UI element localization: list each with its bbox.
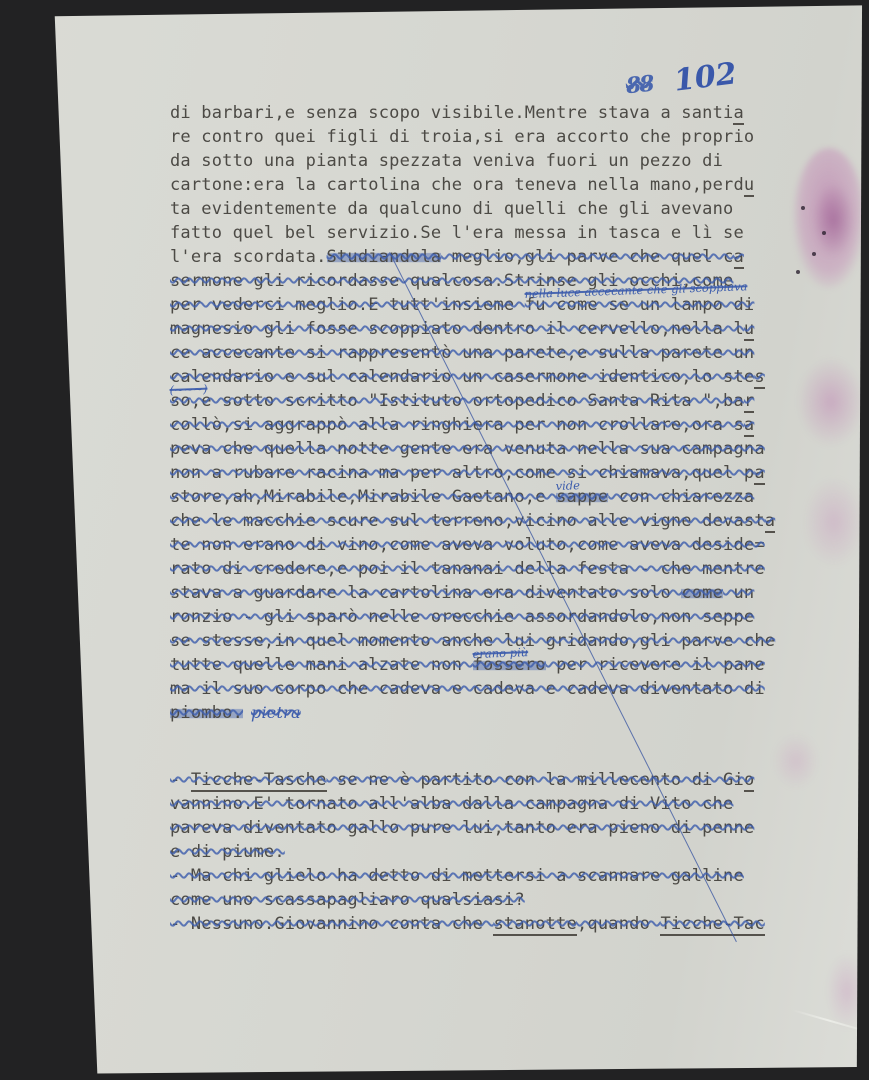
- typed-segment: Ticche-Tasche: [191, 770, 327, 792]
- typed-segment: re contro quei figli di troia,si era acc…: [170, 127, 754, 147]
- typed-line: pareva diventato gallo pure lui,tanto er…: [170, 816, 790, 840]
- ink-stain: [826, 952, 868, 1030]
- struck-typed-text: u: [744, 319, 754, 339]
- typed-segment: l'era scordata.: [170, 247, 327, 267]
- typed-segment: -: [170, 770, 191, 790]
- struck-typed-text: magnesio gli fosse scoppiato dentro il c…: [170, 319, 744, 339]
- struck-typed-text: per ricevere il pane: [546, 655, 765, 675]
- typed-segment: a: [744, 415, 754, 437]
- typed-line: come uno scassapagliaro qualsiasi?: [170, 888, 790, 912]
- struck-typed-text: ronzio - gli sparò nelle orecchie assord…: [170, 607, 754, 627]
- typed-text: re contro quei figli di troia,si era acc…: [170, 127, 754, 147]
- typed-line: te non erano di vino,come aveva voluto,c…: [170, 533, 790, 557]
- typed-text: ta evidentemente da qualcuno di quelli c…: [170, 199, 733, 219]
- struck-typed-text: ,quando: [577, 914, 660, 934]
- struck-typed-text: Studiandola: [327, 247, 442, 267]
- typed-text: l'era scordata.: [170, 247, 327, 267]
- struck-typed-text: a: [765, 511, 775, 531]
- typed-line: non a rubare racina ma per altro,come si…: [170, 461, 790, 485]
- typed-segment: a: [734, 247, 744, 269]
- struck-typed-text: Ticche-Tac: [660, 914, 764, 934]
- struck-typed-text: non a rubare racina ma per altro,come si…: [170, 463, 754, 483]
- typed-line: e di piume.: [170, 840, 790, 864]
- typed-segment: stava a guardare la cartolina era divent…: [170, 583, 681, 603]
- typed-line: ronzio - gli sparò nelle orecchie assord…: [170, 605, 790, 629]
- struck-typed-text: ma il suo corpo che cadeva e cadeva e ca…: [170, 679, 765, 699]
- typed-segment: r: [744, 391, 754, 413]
- struck-typed-text: vannino.E' tornato all'alba dalla campag…: [170, 794, 733, 814]
- typed-line: ma il suo corpo che cadeva e cadeva e ca…: [170, 677, 790, 701]
- typed-text: fatto quel bel servizio.Se l'era messa i…: [170, 223, 744, 243]
- struck-typed-text: so(~~~): [170, 391, 191, 411]
- struck-typed-text: e di piume.: [170, 842, 285, 862]
- struck-typed-text: con chiarezza: [608, 487, 754, 507]
- typed-segment: - Nessuno.Giovannino conta che: [170, 914, 493, 934]
- typed-line: fatto quel bel servizio.Se l'era messa i…: [170, 221, 790, 245]
- struck-typed-text: s: [754, 367, 764, 387]
- typed-line: peva che quella notte gente era venuta n…: [170, 437, 790, 461]
- typed-segment: store,ah,Mirabile,Mirabile Gaetano,e: [170, 487, 556, 507]
- struck-typed-text: a: [744, 415, 754, 435]
- typed-segment: di barbari,e senza scopo visibile.Mentre…: [170, 103, 733, 123]
- typed-segment: ronzio - gli sparò nelle orecchie assord…: [170, 607, 754, 627]
- struck-typed-text: Ticche-Tasche: [191, 770, 327, 790]
- struck-typed-text: -: [170, 770, 191, 790]
- typed-segment: s: [754, 367, 764, 389]
- struck-typed-text: sappevide: [556, 487, 608, 507]
- typed-segment: se ne è partito con la millecento di Gi: [327, 770, 744, 790]
- struck-typed-text: come: [681, 583, 723, 603]
- typed-segment: Studiandola: [327, 247, 442, 267]
- typed-text: da sotto una pianta spezzata veniva fuor…: [170, 151, 723, 171]
- typed-segment: te non erano di vino,come aveva voluto,c…: [170, 535, 765, 555]
- struck-typed-text: calendario e sul calendario un casermone…: [170, 367, 754, 387]
- typed-segment: con chiarezza: [608, 487, 754, 507]
- typed-line: per vederci meglio.E tutt'insieme fu com…: [170, 293, 790, 317]
- ink-stain: [798, 358, 864, 446]
- typed-line: - Ma chi glielo ha detto di mettersi a s…: [170, 864, 790, 888]
- typed-segment: vannino.E' tornato all'alba dalla campag…: [170, 794, 733, 814]
- struck-typed-text: - Ma chi glielo ha detto di mettersi a s…: [170, 866, 744, 886]
- typed-segment: ma il suo corpo che cadeva e cadeva e ca…: [170, 679, 765, 699]
- typed-line: magnesio gli fosse scoppiato dentro il c…: [170, 317, 790, 341]
- typed-segment: ta evidentemente da qualcuno di quelli c…: [170, 199, 733, 219]
- handwritten-note: vide: [555, 473, 580, 498]
- struck-typed-text: peva che quella notte gente era venuta n…: [170, 439, 765, 459]
- struck-typed-text: o: [744, 770, 754, 790]
- ink-speck: [812, 252, 816, 256]
- handwritten-note: erano più: [472, 640, 528, 666]
- typed-line: tutte quelle mani alzate non fosseroeran…: [170, 653, 790, 677]
- typed-line: che le macchie scure sul terreno,vicino …: [170, 509, 790, 533]
- typed-line: piombo.pietra: [170, 701, 790, 725]
- struck-typed-text: rato di credere,e poi il tananai della f…: [170, 559, 765, 579]
- typed-segment: peva che quella notte gente era venuta n…: [170, 439, 765, 459]
- typed-line: store,ah,Mirabile,Mirabile Gaetano,e sap…: [170, 485, 790, 509]
- struck-typed-text: a: [734, 247, 744, 267]
- struck-typed-text: te non erano di vino,come aveva voluto,c…: [170, 535, 765, 555]
- typed-segment: u: [744, 175, 754, 197]
- typed-segment: pareva diventato gallo pure lui,tanto er…: [170, 818, 754, 838]
- handwritten-page-number: 102: [672, 56, 738, 98]
- typed-line: l'era scordata.Studiandola meglio,gli pa…: [170, 245, 790, 269]
- struck-typed-text: stanotte: [493, 914, 576, 934]
- typed-line: ce accecante si rappresentò una parete,e…: [170, 341, 790, 365]
- typed-segment: magnesio gli fosse scoppiato dentro il c…: [170, 319, 744, 339]
- typed-text: u: [744, 175, 754, 195]
- struck-typed-text: ce accecante si rappresentò una parete,e…: [170, 343, 754, 363]
- struck-typed-text: r: [744, 391, 754, 411]
- struck-typed-text: che le macchie scure sul terreno,vicino …: [170, 511, 765, 531]
- ink-speck: [822, 231, 826, 235]
- struck-typed-text: store,ah,Mirabile,Mirabile Gaetano,e: [170, 487, 556, 507]
- typed-segment: Ticche-Tac: [660, 914, 764, 936]
- typed-segment: a: [733, 103, 743, 125]
- typed-segment: ce accecante si rappresentò una parete,e…: [170, 343, 754, 363]
- struck-typed-text: stava a guardare la cartolina era divent…: [170, 583, 681, 603]
- typed-segment: a: [754, 463, 764, 485]
- typed-line: cartone:era la cartolina che ora teneva …: [170, 173, 790, 197]
- typed-line: rato di credere,e poi il tananai della f…: [170, 557, 790, 581]
- typed-segment: rato di credere,e poi il tananai della f…: [170, 559, 765, 579]
- struck-typed-text: se ne è partito con la millecento di Gi: [327, 770, 744, 790]
- typed-segment: meglio,gli parve che quel c: [441, 247, 733, 267]
- typed-segment: stanotte: [493, 914, 576, 936]
- struck-typed-text: tutte quelle mani alzate non: [170, 655, 473, 675]
- struck-typed-text: un: [723, 583, 754, 603]
- typed-segment: come: [681, 583, 723, 603]
- typed-line: re contro quei figli di troia,si era acc…: [170, 125, 790, 149]
- typed-line: vannino.E' tornato all'alba dalla campag…: [170, 792, 790, 816]
- typed-segment: - Ma chi glielo ha detto di mettersi a s…: [170, 866, 744, 886]
- typed-line: so(~~~),e sotto scritto "Istituto ortope…: [170, 389, 790, 413]
- typed-line: - Nessuno.Giovannino conta che stanotte,…: [170, 912, 790, 936]
- typed-segment: cartone:era la cartolina che ora teneva …: [170, 175, 744, 195]
- typed-line: stava a guardare la cartolina era divent…: [170, 581, 790, 605]
- struck-typed-text: piombo.: [170, 703, 243, 723]
- struck-typed-text: meglio,gli parve che quel c: [441, 247, 733, 267]
- struck-typed-text: per vederci meglio.E tutt'insieme: [170, 295, 525, 315]
- typed-segment: o: [744, 770, 754, 792]
- manuscript-page: 88 102 di barbari,e senza scopo visibile…: [0, 0, 869, 1080]
- struck-typed-text: - Nessuno.Giovannino conta che: [170, 914, 493, 934]
- typed-segment: che le macchie scure sul terreno,vicino …: [170, 511, 765, 531]
- ink-stain: [813, 183, 855, 257]
- typed-segment: a: [765, 511, 775, 533]
- struck-typed-text: a: [754, 463, 764, 483]
- typed-segment: u: [744, 319, 754, 341]
- typed-line: ta evidentemente da qualcuno di quelli c…: [170, 197, 790, 221]
- typed-segment: ,quando: [577, 914, 660, 934]
- typed-segment: fatto quel bel servizio.Se l'era messa i…: [170, 223, 744, 243]
- typed-segment: un: [723, 583, 754, 603]
- ink-speck: [796, 270, 800, 274]
- typed-segment: per vederci meglio.E tutt'insieme: [170, 295, 525, 315]
- handwritten-word: pietra: [251, 703, 301, 722]
- struck-typed-text: fu come se un lampo dinella luce accecan…: [525, 295, 755, 315]
- struck-typed-text: come uno scassapagliaro qualsiasi?: [170, 890, 525, 910]
- typed-text-block: di barbari,e senza scopo visibile.Mentre…: [170, 101, 790, 936]
- ink-speck: [801, 206, 805, 210]
- typed-segment: collò,si aggrappò alla ringhiera per non…: [170, 415, 744, 435]
- typed-line: di barbari,e senza scopo visibile.Mentre…: [170, 101, 790, 125]
- typed-line: da sotto una pianta spezzata veniva fuor…: [170, 149, 790, 173]
- ink-stain: [804, 478, 864, 566]
- typed-segment: per ricevere il pane: [546, 655, 765, 675]
- typed-segment: e di piume.: [170, 842, 285, 862]
- typed-segment: calendario e sul calendario un casermone…: [170, 367, 754, 387]
- typed-text: di barbari,e senza scopo visibile.Mentre…: [170, 103, 733, 123]
- typed-segment: come uno scassapagliaro qualsiasi?: [170, 890, 525, 910]
- scratched-page-number: 88: [625, 71, 654, 100]
- struck-typed-text: fosseroerano più: [473, 655, 546, 675]
- struck-typed-text: pareva diventato gallo pure lui,tanto er…: [170, 818, 754, 838]
- struck-typed-text: collò,si aggrappò alla ringhiera per non…: [170, 415, 744, 435]
- typed-segment: tutte quelle mani alzate non: [170, 655, 473, 675]
- typed-segment: non a rubare racina ma per altro,come si…: [170, 463, 754, 483]
- typed-line: calendario e sul calendario un casermone…: [170, 365, 790, 389]
- typed-text: cartone:era la cartolina che ora teneva …: [170, 175, 744, 195]
- typed-segment: da sotto una pianta spezzata veniva fuor…: [170, 151, 723, 171]
- typed-text: a: [733, 103, 743, 123]
- typed-line: - Ticche-Tasche se ne è partito con la m…: [170, 768, 790, 792]
- typed-segment: piombo.: [170, 703, 243, 723]
